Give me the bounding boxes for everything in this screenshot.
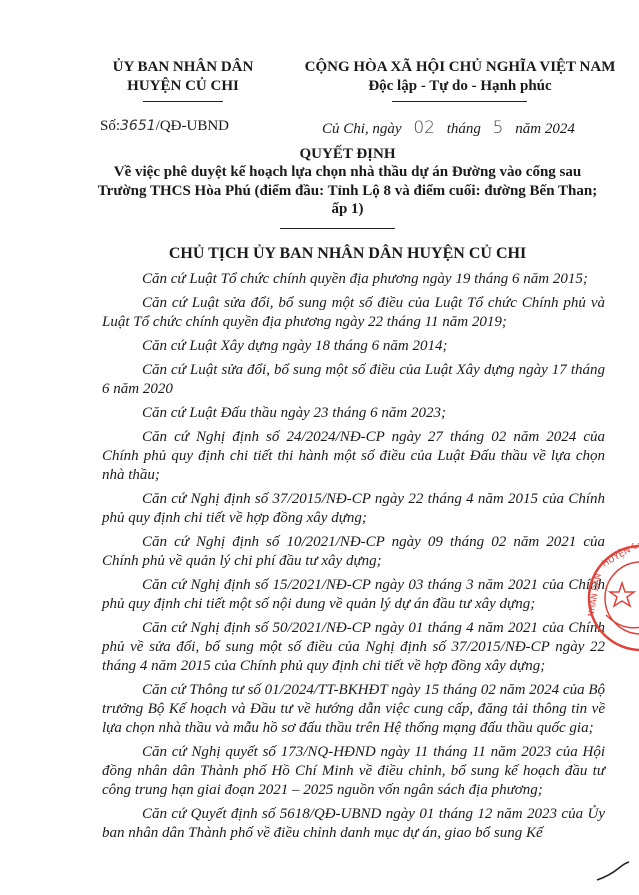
agency-line-2: HUYỆN CỦ CHI	[88, 77, 278, 96]
legal-basis-item: Căn cứ Nghị quyết số 173/NQ-HĐND ngày 11…	[102, 743, 605, 800]
document-subject: Về việc phê duyệt kế hoạch lựa chọn nhà …	[90, 163, 605, 219]
legal-bases: Căn cứ Luật Tổ chức chính quyền địa phươ…	[102, 270, 605, 848]
official-seal-icon: HUYỆN CỦ CHI NHÂN DÂN	[586, 543, 639, 653]
national-motto: CỘNG HÒA XÃ HỘI CHỦ NGHĨA VIỆT NAM Độc l…	[295, 58, 625, 96]
document-number: Số:3651/QĐ-UBND	[100, 118, 229, 135]
legal-basis-item: Căn cứ Quyết định số 5618/QĐ-UBND ngày 0…	[102, 805, 605, 843]
legal-basis-item: Căn cứ Luật Xây dựng ngày 18 tháng 6 năm…	[102, 337, 605, 356]
issuing-agency: ỦY BAN NHÂN DÂN HUYỆN CỦ CHI	[88, 58, 278, 96]
legal-basis-item: Căn cứ Luật Đấu thầu ngày 23 tháng 6 năm…	[102, 404, 605, 423]
legal-basis-item: Căn cứ Thông tư số 01/2024/TT-BKHĐT ngày…	[102, 681, 605, 738]
handwritten-month: 5	[485, 118, 512, 138]
legal-basis-item: Căn cứ Luật sửa đổi, bổ sung một số điều…	[102, 361, 605, 399]
country-name: CỘNG HÒA XÃ HỘI CHỦ NGHĨA VIỆT NAM	[295, 58, 625, 77]
signature-stroke-icon	[595, 860, 631, 882]
handwritten-number: 3651	[120, 118, 156, 134]
document-title: QUYẾT ĐỊNH	[90, 145, 605, 164]
motto: Độc lập - Tự do - Hạnh phúc	[295, 77, 625, 96]
legal-basis-item: Căn cứ Nghị định số 37/2015/NĐ-CP ngày 2…	[102, 490, 605, 528]
svg-text:HUYỆN CỦ CHI: HUYỆN CỦ CHI	[600, 543, 639, 570]
motto-underline	[392, 101, 527, 102]
agency-line-1: ỦY BAN NHÂN DÂN	[88, 58, 278, 77]
legal-basis-item: Căn cứ Luật sửa đổi, bổ sung một số điều…	[102, 294, 605, 332]
legal-basis-item: Căn cứ Nghị định số 24/2024/NĐ-CP ngày 2…	[102, 428, 605, 485]
legal-basis-item: Căn cứ Nghị định số 15/2021/NĐ-CP ngày 0…	[102, 576, 605, 614]
agency-underline	[143, 101, 223, 102]
subject-underline	[280, 228, 395, 229]
issuing-authority: CHỦ TỊCH ỦY BAN NHÂN DÂN HUYỆN CỦ CHI	[90, 245, 605, 263]
legal-basis-item: Căn cứ Nghị định số 10/2021/NĐ-CP ngày 0…	[102, 533, 605, 571]
handwritten-day: 02	[405, 118, 443, 138]
date-line: Củ Chi, ngày 02 tháng 5 năm 2024	[322, 118, 575, 138]
legal-basis-item: Căn cứ Nghị định số 50/2021/NĐ-CP ngày 0…	[102, 619, 605, 676]
legal-basis-item: Căn cứ Luật Tổ chức chính quyền địa phươ…	[102, 270, 605, 289]
